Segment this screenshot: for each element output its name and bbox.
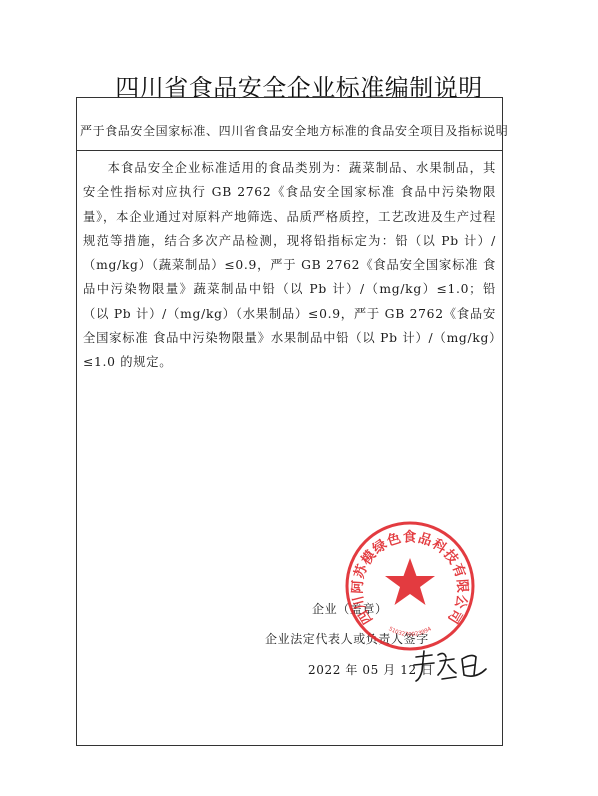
company-seal-stamp: 四川阿苏模绿色食品科技有限公司 5103270023994 <box>344 520 476 652</box>
handwritten-signature <box>410 645 490 685</box>
svg-text:5103270023994: 5103270023994 <box>387 626 433 638</box>
star-icon <box>385 558 435 605</box>
table-header-row: 严于食品安全国家标准、四川省食品安全地方标准的食品安全项目及指标说明 <box>77 98 502 151</box>
body-paragraph: 本食品安全企业标准适用的食品类别为：蔬菜制品、水果制品，其安全性指标对应执行 G… <box>83 156 496 375</box>
table-body-cell: 本食品安全企业标准适用的食品类别为：蔬菜制品、水果制品，其安全性指标对应执行 G… <box>77 151 502 375</box>
